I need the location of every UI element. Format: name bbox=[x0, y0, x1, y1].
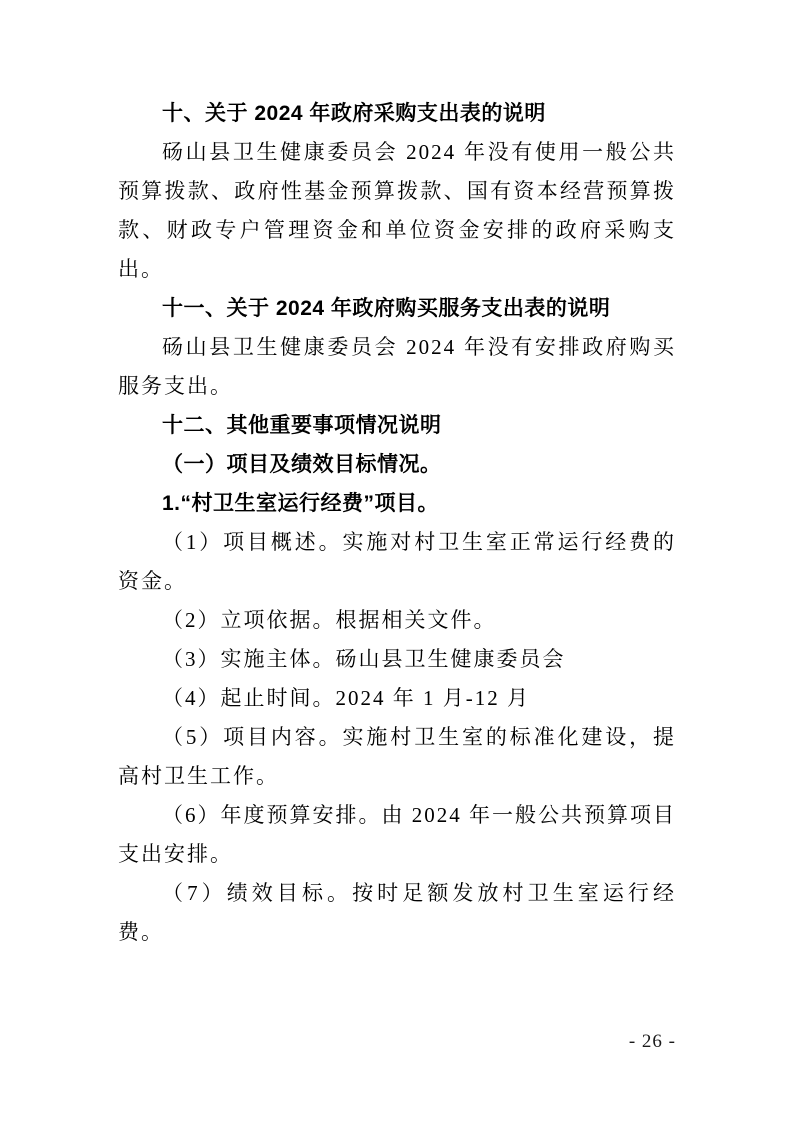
section-heading: 十二、其他重要事项情况说明 bbox=[118, 406, 676, 445]
body-paragraph: （3）实施主体。砀山县卫生健康委员会 bbox=[118, 640, 676, 679]
body-paragraph: （4）起止时间。2024 年 1 月-12 月 bbox=[118, 679, 676, 718]
body-paragraph: 砀山县卫生健康委员会 2024 年没有使用一般公共预算拨款、政府性基金预算拨款、… bbox=[118, 133, 676, 289]
section-heading: 十一、关于 2024 年政府购买服务支出表的说明 bbox=[118, 289, 676, 328]
body-paragraph: 砀山县卫生健康委员会 2024 年没有安排政府购买服务支出。 bbox=[118, 328, 676, 406]
body-paragraph: （6）年度预算安排。由 2024 年一般公共预算项目支出安排。 bbox=[118, 796, 676, 874]
document-page: 十、关于 2024 年政府采购支出表的说明砀山县卫生健康委员会 2024 年没有… bbox=[0, 0, 793, 1122]
body-paragraph: （2）立项依据。根据相关文件。 bbox=[118, 601, 676, 640]
section-heading: 1.“村卫生室运行经费”项目。 bbox=[118, 484, 676, 523]
section-heading: 十、关于 2024 年政府采购支出表的说明 bbox=[118, 94, 676, 133]
page-number: - 26 - bbox=[629, 1030, 676, 1054]
document-body: 十、关于 2024 年政府采购支出表的说明砀山县卫生健康委员会 2024 年没有… bbox=[118, 94, 676, 952]
body-paragraph: （7）绩效目标。按时足额发放村卫生室运行经费。 bbox=[118, 874, 676, 952]
body-paragraph: （1）项目概述。实施对村卫生室正常运行经费的资金。 bbox=[118, 523, 676, 601]
body-paragraph: （5）项目内容。实施村卫生室的标准化建设，提高村卫生工作。 bbox=[118, 718, 676, 796]
section-heading: （一）项目及绩效目标情况。 bbox=[118, 445, 676, 484]
